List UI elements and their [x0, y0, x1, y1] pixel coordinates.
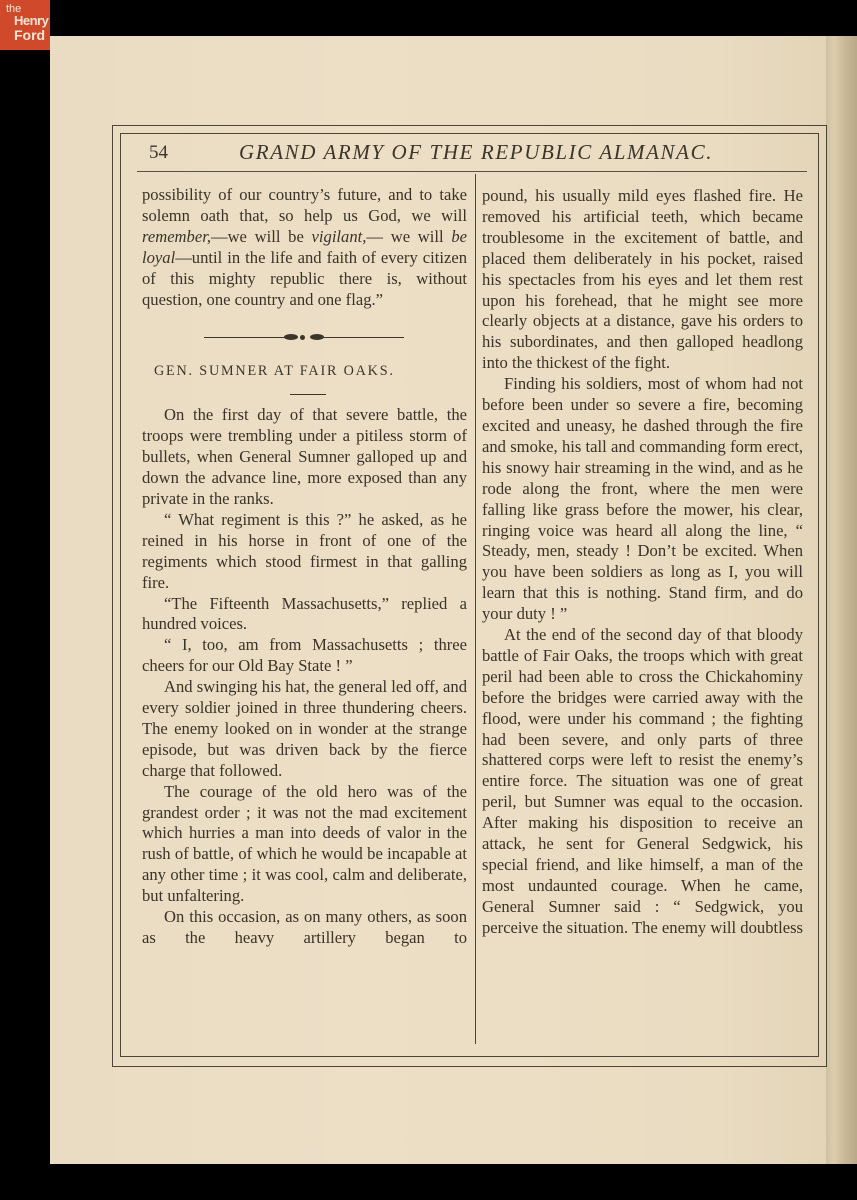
- intro-paragraph: possibility of our country’s future, and…: [142, 185, 467, 310]
- page-header: 54 GRAND ARMY OF THE REPUBLIC ALMANAC.: [137, 140, 807, 170]
- intro-text: possibility of our country’s future, and…: [142, 185, 467, 225]
- right-column: pound, his usually mild eyes flashed fir…: [482, 186, 803, 939]
- paragraph: On the first day of that severe battle, …: [142, 405, 467, 510]
- paragraph: On this occasion, as on many others, as …: [142, 907, 467, 949]
- section-title: GEN. SUMNER AT FAIR OAKS.: [154, 361, 467, 382]
- intro-emphasis: remember,: [142, 227, 211, 246]
- intro-text: —we will be: [211, 227, 312, 246]
- header-rule: [137, 171, 807, 172]
- ornamental-divider-icon: [204, 332, 404, 344]
- paragraph: “ What regiment is this ?” he asked, as …: [142, 510, 467, 594]
- paragraph: The courage of the old hero was of the g…: [142, 782, 467, 907]
- logo-text-henry: Henry: [14, 13, 48, 28]
- paragraph: “The Fifteenth Massachusetts,” replied a…: [142, 594, 467, 636]
- paragraph: And swinging his hat, the general led of…: [142, 677, 467, 782]
- column-divider: [475, 174, 476, 1044]
- paragraph: pound, his usually mild eyes flashed fir…: [482, 186, 803, 374]
- intro-emphasis: vigilant,: [312, 227, 367, 246]
- intro-text: — we will: [366, 227, 451, 246]
- paragraph: At the end of the second day of that blo…: [482, 625, 803, 939]
- henry-ford-logo: the Henry Ford: [0, 0, 50, 50]
- left-column: possibility of our country’s future, and…: [142, 185, 467, 949]
- page-number: 54: [149, 142, 168, 164]
- running-title: GRAND ARMY OF THE REPUBLIC ALMANAC.: [239, 140, 713, 165]
- intro-text: —until in the life and faith of every ci…: [142, 248, 467, 309]
- paragraph: “ I, too, am from Massachusetts ; three …: [142, 635, 467, 677]
- page-edge-shadow: [826, 36, 857, 1164]
- paragraph: Finding his soldiers, most of whom had n…: [482, 374, 803, 625]
- title-rule: [290, 394, 326, 395]
- logo-text-ford: Ford: [14, 27, 45, 43]
